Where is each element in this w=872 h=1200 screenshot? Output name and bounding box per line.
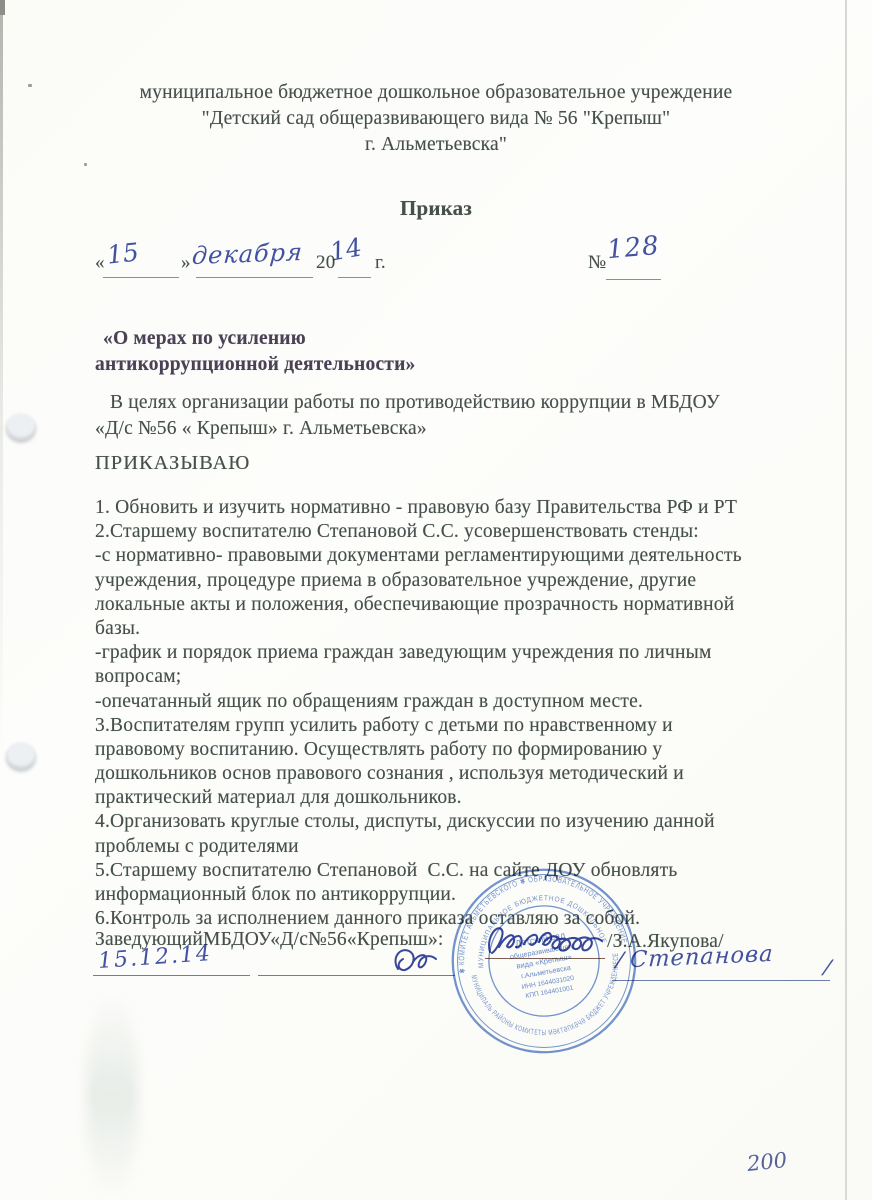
middle-signature [388, 943, 442, 982]
handwritten-year: 14 [328, 232, 364, 266]
order-line: 5.Старшему воспитателю Степановой С.С. н… [95, 859, 795, 883]
org-name-line2: "Детский сад общеразвивающего вида № 56 … [0, 108, 872, 130]
decree-word: ПРИКАЗЫВАЮ [95, 452, 250, 475]
date-month-blank [196, 277, 313, 278]
date-open-quote: « [95, 252, 105, 274]
preamble-line2: «Д/с №56 « Крепыш» г. Альметьевска» [95, 418, 427, 440]
order-line: базы. [95, 617, 795, 641]
handwritten-month: декабря [191, 238, 304, 270]
order-line: -график и порядок приема граждан заведую… [95, 641, 795, 665]
date-day-blank [103, 277, 179, 278]
handwritten-second-name: Степанова [629, 941, 774, 973]
middle-signature-icon [388, 943, 442, 977]
order-line: -с нормативно- правовыми документами рег… [95, 544, 795, 568]
handwritten-slash-after: / [822, 955, 832, 980]
order-line: -опечатанный ящик по обращениям граждан … [95, 690, 795, 714]
order-line: 2.Старшему воспитателю Степановой С.С. у… [95, 520, 795, 544]
order-line: учреждения, процедуре приема в образоват… [95, 569, 795, 593]
org-name-line3: г. Альметьевска" [0, 134, 872, 156]
second-signature-line [612, 980, 830, 981]
preamble-line1: В целях организации работы по противодей… [110, 392, 720, 414]
scan-speck [84, 163, 87, 166]
scan-smudge [86, 990, 138, 1200]
org-name-line1: муниципальное бюджетное дошкольное образ… [0, 82, 872, 104]
scanned-order-document: муниципальное бюджетное дошкольное образ… [0, 0, 872, 1200]
order-line: локальные акты и положения, обеспечивающ… [95, 593, 795, 617]
subject-line1: «О мерах по усилению [103, 328, 306, 350]
order-line: дошкольников основ правового сознания , … [95, 762, 795, 786]
order-line: вопросам; [95, 665, 795, 689]
order-line: 3.Воспитателям групп усилить работу с де… [95, 714, 795, 738]
order-line: 4.Организовать круглые столы, диспуты, д… [95, 810, 795, 834]
date-year-suffix: г. [375, 252, 386, 274]
order-line: проблемы с родителями [95, 835, 795, 859]
official-stamp: ✱ КОМИТЕТ АЛЬМЕТЬЕВСКОГО ✱ ОБРАЗОВАТЕЛЬН… [434, 851, 654, 1071]
date-close-quote: » [181, 252, 191, 274]
document-title: Приказ [0, 196, 872, 221]
order-list: 1. Обновить и изучить нормативно - право… [95, 496, 795, 931]
number-blank [606, 279, 661, 280]
handwritten-day: 15 [106, 237, 141, 269]
handwritten-order-number: 128 [606, 231, 661, 265]
subject-line2: антикоррупционной деятельности» [95, 354, 415, 376]
date-signature-line [93, 975, 250, 976]
order-line: 1. Обновить и изучить нормативно - право… [95, 496, 795, 520]
order-line: правовому воспитанию. Осуществлять работ… [95, 738, 795, 762]
date-year-blank [338, 277, 371, 278]
order-line: практический материал для дошкольников. [95, 786, 795, 810]
official-stamp-icon: ✱ КОМИТЕТ АЛЬМЕТЬЕВСКОГО ✱ ОБРАЗОВАТЕЛЬН… [434, 851, 654, 1071]
hole-punch-top [6, 412, 36, 440]
scan-corner-mark [0, 0, 5, 15]
number-label: № [588, 252, 606, 274]
handwritten-page-number: 200 [746, 1148, 788, 1176]
scan-edge-line-right [845, 0, 847, 1200]
hole-punch-bottom [6, 741, 36, 769]
